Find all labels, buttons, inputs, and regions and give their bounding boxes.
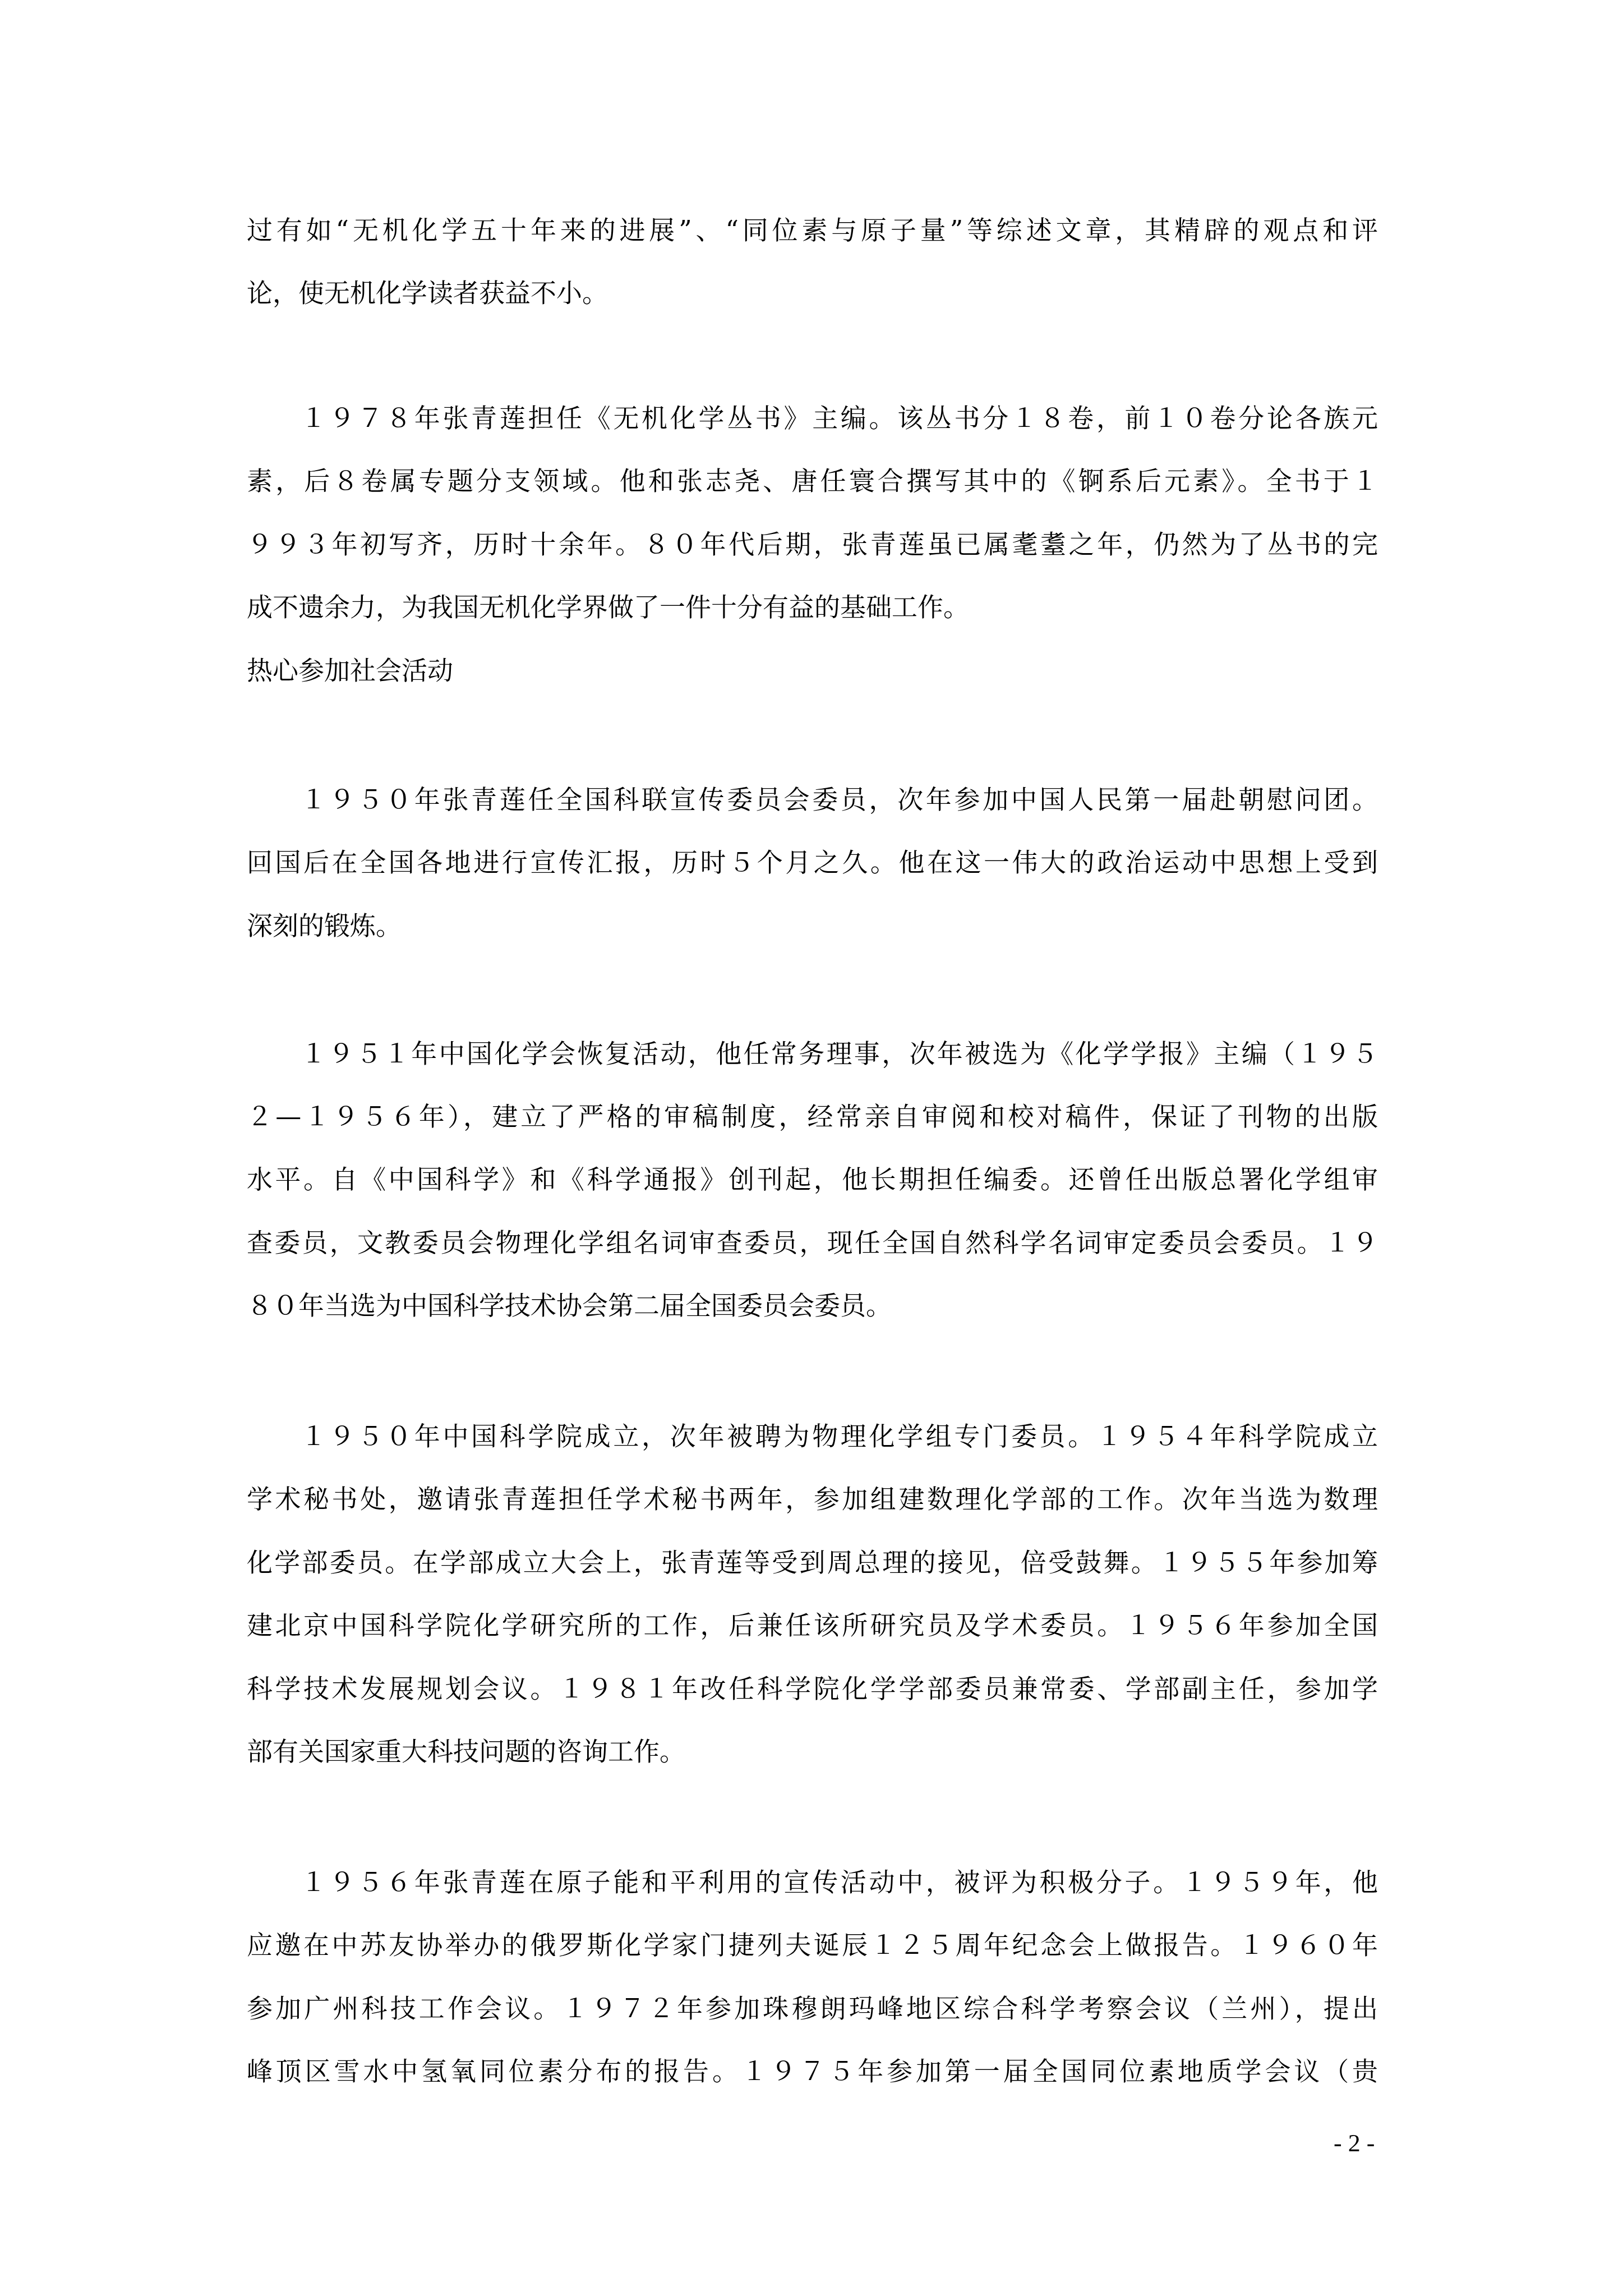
text-line: 回国后在全国各地进行宣传汇报，历时５个月之久。他在这一伟大的政治运动中思想上受到 xyxy=(247,845,1378,879)
text-line: 查委员，文教委员会物理化学组名词审查委员，现任全国自然科学名词审定委员会委员。１… xyxy=(247,1226,1378,1259)
text-line: 水平。自《中国科学》和《科学通报》创刊起，他长期担任编委。还曾任出版总署化学组审 xyxy=(247,1162,1378,1196)
text-line: １９５６年张青莲在原子能和平利用的宣传活动中，被评为积极分子。１９５９年，他 xyxy=(301,1865,1378,1899)
page-number: - 2 - xyxy=(1334,2128,1375,2159)
text-line: 建北京中国科学院化学研究所的工作，后兼任该所研究员及学术委员。１９５６年参加全国 xyxy=(247,1608,1378,1642)
text-line: １９５０年张青莲任全国科联宣传委员会委员，次年参加中国人民第一届赴朝慰问团。 xyxy=(301,783,1378,816)
text-line: 素，后８卷属专题分支领域。他和张志尧、唐任寰合撰写其中的《锕系后元素》。全书于１ xyxy=(247,464,1378,498)
text-line: 部有关国家重大科技问题的咨询工作。 xyxy=(247,1734,1378,1768)
text-line: 科学技术发展规划会议。１９８１年改任科学院化学学部委员兼常委、学部副主任，参加学 xyxy=(247,1672,1378,1705)
section-heading: 热心参加社会活动 xyxy=(247,654,1378,687)
text-line: 深刻的锻炼。 xyxy=(247,909,1378,942)
document-page: 过有如“无机化学五十年来的进展”、“同位素与原子量”等综述文章，其精辟的观点和评… xyxy=(0,0,1623,2296)
text-line: 峰顶区雪水中氢氧同位素分布的报告。１９７５年参加第一届全国同位素地质学会议（贵 xyxy=(247,2054,1378,2088)
text-line: ９９３年初写齐，历时十余年。８０年代后期，张青莲虽已属耄耋之年，仍然为了丛书的完 xyxy=(247,527,1378,561)
text-line: ８０年当选为中国科学技术协会第二届全国委员会委员。 xyxy=(247,1289,1378,1322)
text-line: 论，使无机化学读者获益不小。 xyxy=(247,276,1378,310)
text-line: １９５０年中国科学院成立，次年被聘为物理化学组专门委员。１９５４年科学院成立 xyxy=(301,1419,1378,1453)
text-line: 化学部委员。在学部成立大会上，张青莲等受到周总理的接见，倍受鼓舞。１９５５年参加… xyxy=(247,1545,1378,1579)
text-line: 过有如“无机化学五十年来的进展”、“同位素与原子量”等综述文章，其精辟的观点和评 xyxy=(247,213,1378,247)
text-line: 学术秘书处，邀请张青莲担任学术秘书两年，参加组建数理化学部的工作。次年当选为数理 xyxy=(247,1482,1378,1516)
text-line: 参加广州科技工作会议。１９７２年参加珠穆朗玛峰地区综合科学考察会议（兰州），提出 xyxy=(247,1991,1378,2025)
text-line: 应邀在中苏友协举办的俄罗斯化学家门捷列夫诞辰１２５周年纪念会上做报告。１９６０年 xyxy=(247,1928,1378,1962)
text-line: １９５１年中国化学会恢复活动，他任常务理事，次年被选为《化学学报》主编（１９５ xyxy=(301,1037,1378,1070)
text-line: １９７８年张青莲担任《无机化学丛书》主编。该丛书分１８卷，前１０卷分论各族元 xyxy=(301,401,1378,435)
text-line: ２—１９５６年），建立了严格的审稿制度，经常亲自审阅和校对稿件，保证了刊物的出版 xyxy=(247,1099,1378,1133)
text-line: 成不遗余力，为我国无机化学界做了一件十分有益的基础工作。 xyxy=(247,590,1378,624)
